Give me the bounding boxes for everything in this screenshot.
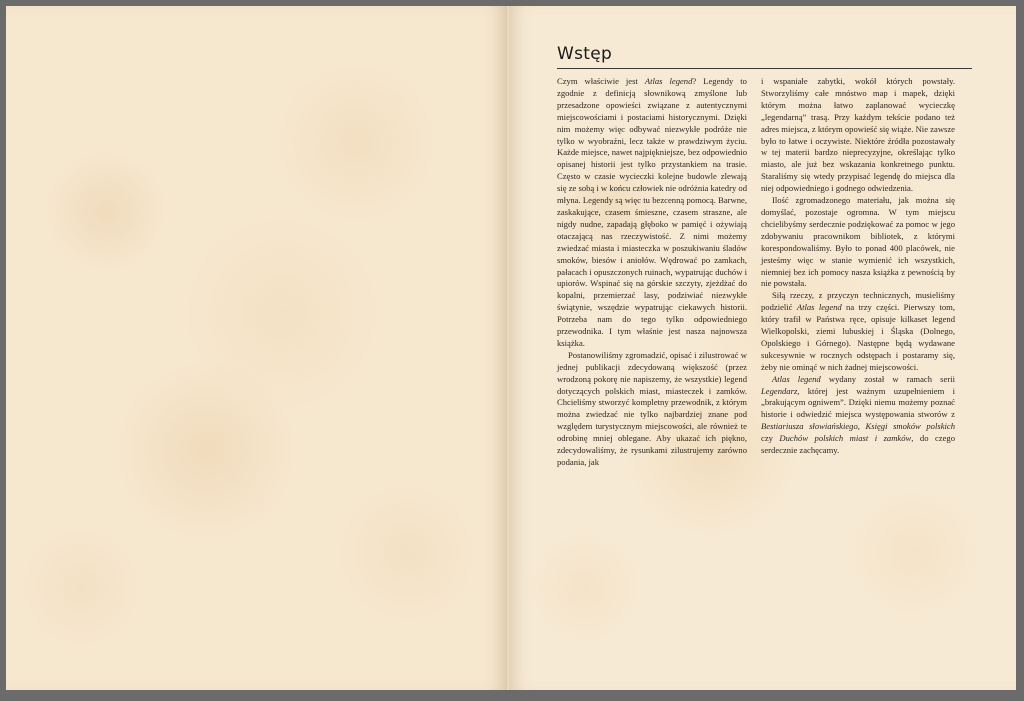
heading-rule — [557, 68, 972, 69]
body-text: i wspaniałe zabytki, wokół których powst… — [761, 76, 955, 193]
italic-title-text: Legendarz — [761, 386, 797, 396]
body-text: Postanowiliśmy zgromadzić, opisać i zilu… — [557, 350, 747, 467]
paragraph: i wspaniałe zabytki, wokół których powst… — [761, 76, 955, 195]
paragraph: Atlas legend wydany został w ramach seri… — [761, 374, 955, 457]
italic-title-text: Bestiariusza słowiańskiego — [761, 421, 858, 431]
italic-title-text: Atlas legend — [645, 76, 693, 86]
italic-title-text: Księgi smoków polskich — [866, 421, 955, 431]
body-text: na trzy części. Pierwszy tom, który traf… — [761, 302, 955, 372]
paragraph: Siłą rzeczy, z przyczyn technicznych, mu… — [761, 290, 955, 373]
body-text: Czym właściwie jest — [557, 76, 645, 86]
body-text: Ilość zgromadzonego materiału, jak można… — [761, 195, 955, 288]
italic-title-text: Atlas legend — [797, 302, 842, 312]
body-text: wydany został w ramach serii — [821, 374, 955, 384]
right-page: Wstęp Czym właściwie jest Atlas legend? … — [509, 6, 1016, 690]
paragraph: Postanowiliśmy zgromadzić, opisać i zilu… — [557, 350, 747, 469]
page-heading: Wstęp — [557, 44, 612, 64]
text-column-1: Czym właściwie jest Atlas legend? Legend… — [557, 76, 747, 469]
body-text: , — [858, 421, 866, 431]
body-text: ? Legendy to zgodnie z definicją słownik… — [557, 76, 747, 348]
italic-title-text: Duchów polskich miast i zamków — [779, 433, 911, 443]
italic-title-text: Atlas legend — [772, 374, 821, 384]
left-page — [6, 6, 507, 690]
text-column-2: i wspaniałe zabytki, wokół których powst… — [761, 76, 955, 457]
paragraph: Czym właściwie jest Atlas legend? Legend… — [557, 76, 747, 350]
paragraph: Ilość zgromadzonego materiału, jak można… — [761, 195, 955, 290]
body-text: czy — [761, 433, 779, 443]
